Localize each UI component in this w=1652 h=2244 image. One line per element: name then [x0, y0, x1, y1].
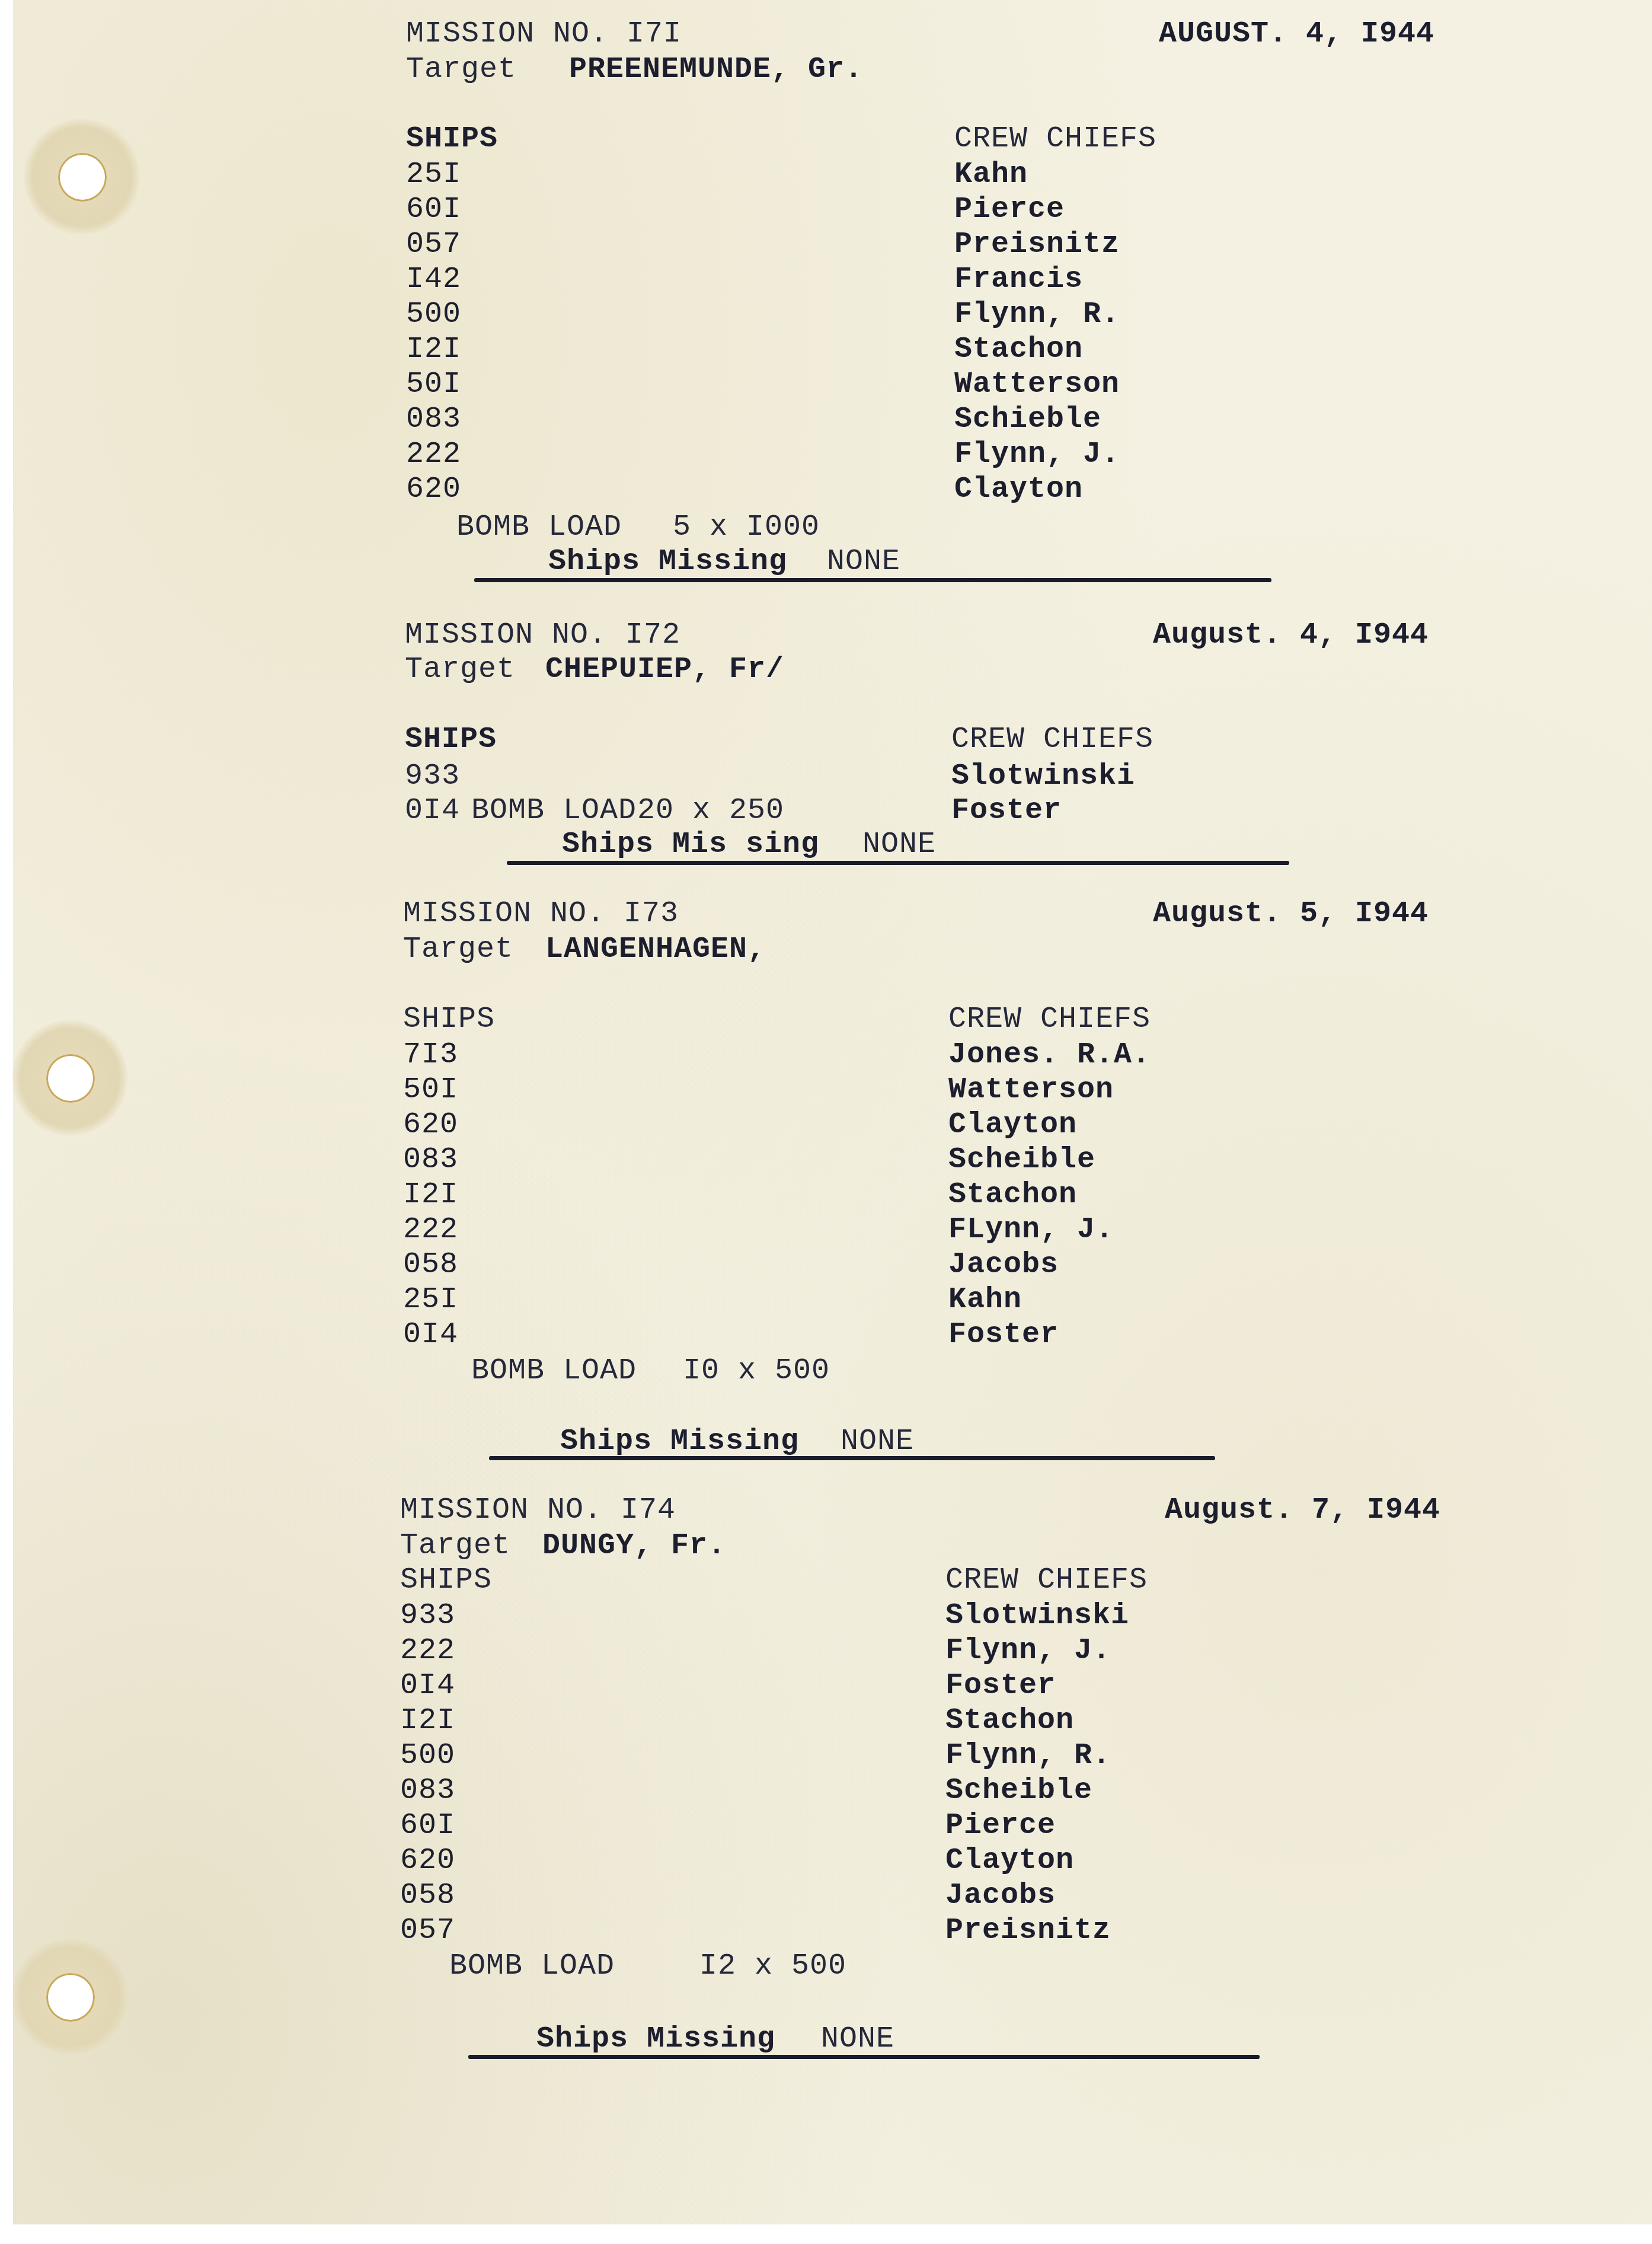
ship-number: 058 — [403, 1247, 458, 1282]
bomb-load-value: I2 x 500 — [699, 1949, 846, 1984]
crew-chief-name: Watterson — [954, 367, 1120, 402]
ship-number: 057 — [406, 227, 461, 262]
binder-hole-middle — [12, 1020, 128, 1136]
crew-chiefs-header: CREW CHIEFS — [945, 1563, 1148, 1598]
crew-chief-name: Jacobs — [945, 1878, 1129, 1913]
crew-chief-name: Watterson — [948, 1072, 1151, 1107]
crew-chief-name: Jones. R.A. — [948, 1038, 1151, 1072]
mission-number: MISSION NO. I72 — [405, 618, 680, 653]
crew-chief-name: Clayton — [948, 1107, 1151, 1142]
ships-list: 9332220I4I2I50008360I620058057 — [400, 1598, 455, 1948]
section-divider — [489, 1456, 1215, 1460]
ship-number: I2I — [403, 1177, 458, 1212]
ships-missing-value: NONE — [821, 2022, 894, 2057]
crew-chief-name: Scheible — [948, 1142, 1151, 1177]
ships-header: SHIPS — [403, 1002, 495, 1037]
binder-hole-top — [24, 119, 140, 235]
ships-missing-value: NONE — [841, 1424, 914, 1459]
mission-date: August. 5, I944 — [1073, 896, 1429, 931]
crew-chief-name: Foster — [951, 793, 1062, 828]
ships-header: SHIPS — [400, 1563, 492, 1598]
bomb-load-label: BOMB LOAD — [471, 793, 637, 828]
crew-chief-name: Preisnitz — [945, 1913, 1129, 1948]
ships-header: SHIPS — [405, 722, 497, 757]
ship-number: I2I — [400, 1703, 455, 1738]
target-label: Target — [406, 52, 516, 87]
mission-date: August. 4, I944 — [1073, 618, 1429, 653]
ship-number: 25I — [403, 1282, 458, 1317]
crew-chief-name: Slotwinski — [951, 759, 1135, 794]
ships-list: 25I60I057I42500I2I50I083222620 — [406, 157, 461, 507]
crew-chief-name: Jacobs — [948, 1247, 1151, 1282]
ship-number: 50I — [403, 1072, 458, 1107]
ships-missing-label: Ships Missing — [548, 544, 787, 579]
section-divider — [468, 2055, 1260, 2059]
ship-number: 0I4 — [405, 793, 460, 828]
crew-chiefs-header: CREW CHIEFS — [948, 1002, 1151, 1037]
ship-number: 058 — [400, 1878, 455, 1913]
ship-number: I2I — [406, 332, 461, 367]
crew-chief-name: FLynn, J. — [948, 1212, 1151, 1247]
ships-header: SHIPS — [406, 122, 498, 157]
mission-number: MISSION NO. I7I — [406, 17, 682, 52]
crew-chief-name: Flynn, J. — [954, 437, 1120, 472]
ship-number: 60I — [400, 1808, 455, 1843]
punch-hole-icon — [46, 1973, 95, 2022]
ship-number: 50I — [406, 367, 461, 402]
target-label: Target — [405, 652, 515, 687]
target-label: Target — [400, 1528, 510, 1563]
crew-chief-name: Pierce — [954, 192, 1120, 227]
punch-hole-icon — [46, 1054, 95, 1103]
mission-number: MISSION NO. I73 — [403, 896, 679, 931]
target-label: Target — [403, 932, 513, 967]
ships-missing-value: NONE — [827, 544, 900, 579]
section-divider — [507, 861, 1289, 865]
crew-chief-name: Flynn, J. — [945, 1633, 1129, 1668]
bomb-load-label: BOMB LOAD — [449, 1949, 615, 1984]
crew-chief-name: Francis — [954, 262, 1120, 297]
ship-number: 933 — [405, 759, 460, 794]
crew-chief-name: Stachon — [945, 1703, 1129, 1738]
crew-chiefs-list: SlotwinskiFlynn, J.FosterStachonFlynn, R… — [945, 1598, 1129, 1948]
crew-chiefs-list: Jones. R.A.WattersonClaytonScheibleStach… — [948, 1038, 1151, 1352]
target-name: PREENEMUNDE, Gr. — [569, 52, 863, 87]
ship-number: 083 — [403, 1142, 458, 1177]
crew-chief-name: Scheible — [945, 1773, 1129, 1808]
crew-chief-name: Preisnitz — [954, 227, 1120, 262]
ship-number: 620 — [406, 472, 461, 507]
bomb-load-value: I0 x 500 — [683, 1354, 830, 1388]
bomb-load-value: 5 x I000 — [673, 510, 820, 545]
crew-chief-name: Slotwinski — [945, 1598, 1129, 1633]
target-name: DUNGY, Fr. — [542, 1528, 726, 1563]
crew-chief-name: Kahn — [948, 1282, 1151, 1317]
crew-chiefs-header: CREW CHIEFS — [954, 122, 1156, 157]
mission-date: August. 7, I944 — [1085, 1493, 1440, 1528]
ship-number: 500 — [406, 297, 461, 332]
ships-list: 7I350I620083I2I22205825I0I4 — [403, 1038, 458, 1352]
scan-margin-left — [0, 0, 13, 2244]
crew-chief-name: Kahn — [954, 157, 1120, 192]
crew-chief-name: Clayton — [954, 472, 1120, 507]
crew-chief-name: Clayton — [945, 1843, 1129, 1878]
bomb-load-label: BOMB LOAD — [456, 510, 622, 545]
crew-chief-name: Foster — [945, 1668, 1129, 1703]
crew-chief-name: Stachon — [954, 332, 1120, 367]
ship-number: I42 — [406, 262, 461, 297]
mission-number: MISSION NO. I74 — [400, 1493, 676, 1528]
punch-hole-icon — [58, 153, 107, 202]
ship-number: 0I4 — [403, 1317, 458, 1352]
crew-chiefs-list: KahnPiercePreisnitzFrancisFlynn, R.Stach… — [954, 157, 1120, 507]
ships-missing-label: Ships Missing — [536, 2022, 775, 2057]
ships-missing-value: NONE — [862, 827, 936, 862]
ship-number: 933 — [400, 1598, 455, 1633]
bomb-load-label: BOMB LOAD — [471, 1354, 637, 1388]
crew-chief-name: Flynn, R. — [945, 1738, 1129, 1773]
crew-chief-name: Flynn, R. — [954, 297, 1120, 332]
ship-number: 7I3 — [403, 1038, 458, 1072]
crew-chief-name: Schieble — [954, 402, 1120, 437]
crew-chief-name: Stachon — [948, 1177, 1151, 1212]
section-divider — [474, 578, 1271, 582]
target-name: CHEPUIEP, Fr/ — [545, 652, 784, 687]
bomb-load-value: 20 x 250 — [637, 793, 784, 828]
ship-number: 222 — [403, 1212, 458, 1247]
mission-date: AUGUST. 4, I944 — [1079, 17, 1434, 52]
crew-chief-name: Pierce — [945, 1808, 1129, 1843]
ship-number: 083 — [406, 402, 461, 437]
crew-chiefs-header: CREW CHIEFS — [951, 722, 1153, 757]
ship-number: 222 — [400, 1633, 455, 1668]
binder-hole-bottom — [12, 1939, 128, 2055]
scan-margin-bottom — [0, 2224, 1652, 2244]
ship-number: 60I — [406, 192, 461, 227]
ship-number: 222 — [406, 437, 461, 472]
ship-number: 0I4 — [400, 1668, 455, 1703]
target-name: LANGENHAGEN, — [545, 932, 766, 967]
ship-number: 500 — [400, 1738, 455, 1773]
ships-missing-label: Ships Mis sing — [562, 827, 819, 862]
ship-number: 25I — [406, 157, 461, 192]
crew-chief-name: Foster — [948, 1317, 1151, 1352]
ship-number: 620 — [403, 1107, 458, 1142]
ship-number: 057 — [400, 1913, 455, 1948]
ship-number: 083 — [400, 1773, 455, 1808]
ships-missing-label: Ships Missing — [560, 1424, 799, 1459]
ship-number: 620 — [400, 1843, 455, 1878]
